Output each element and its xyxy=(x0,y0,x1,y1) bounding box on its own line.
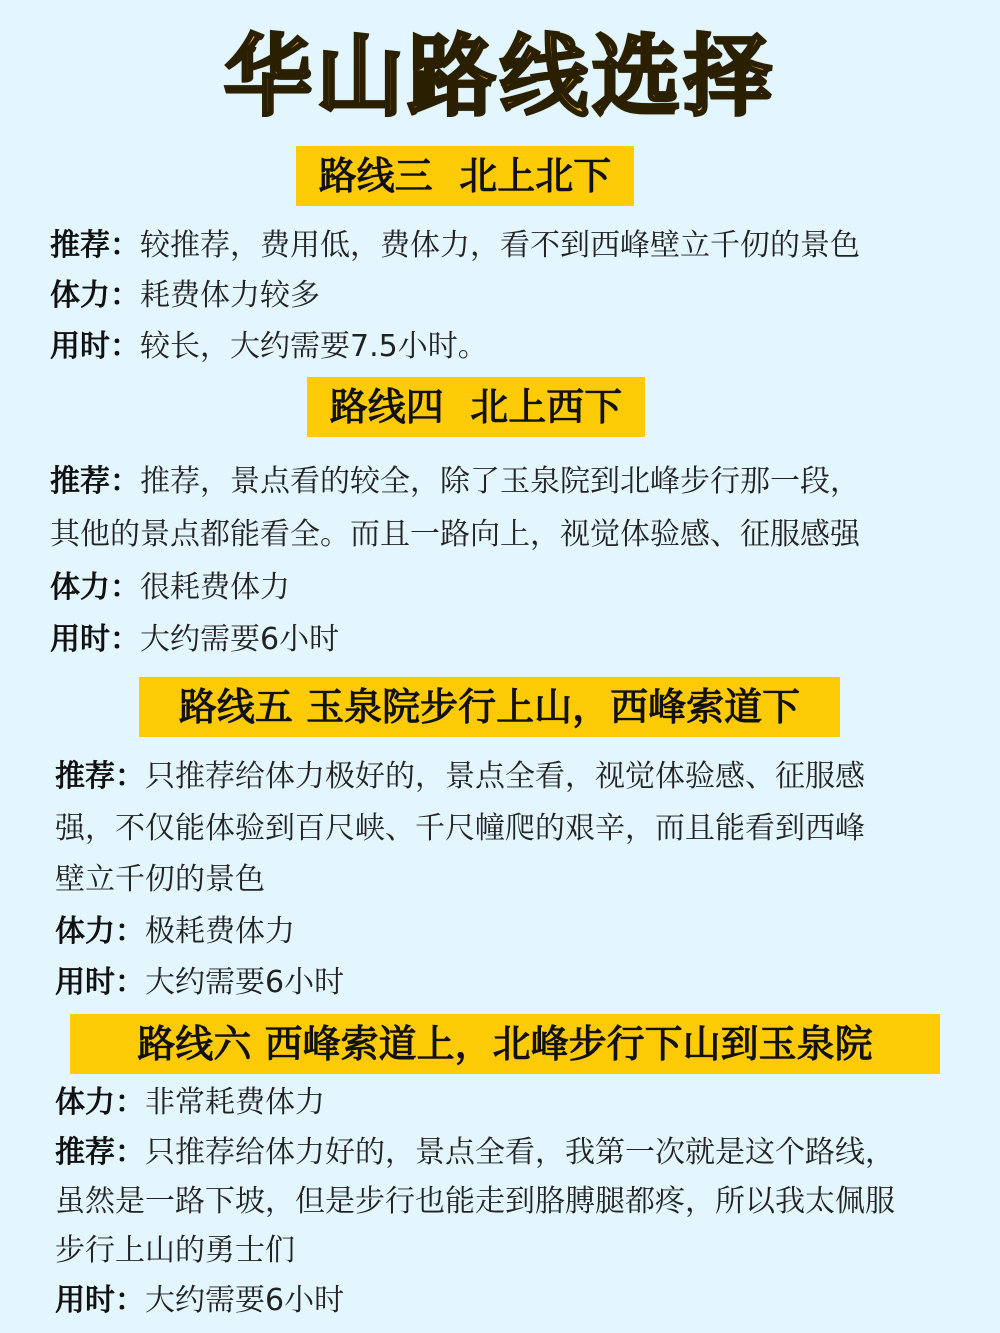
label: 体力： xyxy=(55,914,145,949)
route-4-time: 用时：大约需要6小时 xyxy=(50,614,960,666)
label: 用时： xyxy=(50,622,140,657)
route-6-recommend: 推荐：只推荐给体力好的，景点全看，我第一次就是这个路线， xyxy=(55,1127,965,1179)
page-title: 华山路线选择 xyxy=(0,22,1000,132)
value: 壁立千仞的景色 xyxy=(55,862,265,897)
label: 推荐： xyxy=(50,228,140,263)
route-3-header: 路线三 北上北下 xyxy=(296,146,634,206)
value: 强，不仅能体验到百尺峡、千尺幢爬的艰辛，而且能看到西峰 xyxy=(55,811,865,846)
value: 较长，大约需要7.5小时。 xyxy=(140,329,488,364)
route-5-recommend-cont2: 壁立千仞的景色 xyxy=(55,854,965,906)
value: 极耗费体力 xyxy=(145,914,295,949)
route-5-header: 路线五 玉泉院步行上山，西峰索道下 xyxy=(139,677,840,737)
value: 只推荐给体力极好的，景点全看，视觉体验感、征服感 xyxy=(145,759,865,794)
value: 耗费体力较多 xyxy=(140,278,320,313)
route-6-header: 路线六 西峰索道上，北峰步行下山到玉泉院 xyxy=(70,1014,940,1074)
value: 非常耗费体力 xyxy=(145,1085,325,1120)
label: 体力： xyxy=(55,1085,145,1120)
route-3-recommend: 推荐：较推荐，费用低，费体力，看不到西峰壁立千仞的景色 xyxy=(50,220,960,272)
route-4-stamina: 体力：很耗费体力 xyxy=(50,562,960,614)
value: 较推荐，费用低，费体力，看不到西峰壁立千仞的景色 xyxy=(140,228,860,263)
label: 用时： xyxy=(55,965,145,1000)
route-4-recommend-cont: 其他的景点都能看全。而且一路向上，视觉体验感、征服感强 xyxy=(50,509,960,561)
value: 大约需要6小时 xyxy=(145,1283,344,1318)
label: 推荐： xyxy=(50,464,140,499)
value: 其他的景点都能看全。而且一路向上，视觉体验感、征服感强 xyxy=(50,517,860,552)
value: 大约需要6小时 xyxy=(140,622,339,657)
label: 推荐： xyxy=(55,1135,145,1170)
value: 大约需要6小时 xyxy=(145,965,344,1000)
route-5-stamina: 体力：极耗费体力 xyxy=(55,906,965,958)
route-4-recommend: 推荐：推荐，景点看的较全，除了玉泉院到北峰步行那一段， xyxy=(50,456,960,508)
label: 用时： xyxy=(55,1283,145,1318)
route-3-stamina: 体力：耗费体力较多 xyxy=(50,270,960,322)
route-6-stamina: 体力：非常耗费体力 xyxy=(55,1077,965,1129)
route-6-recommend-cont: 虽然是一路下坡，但是步行也能走到胳膊腿都疼，所以我太佩服 xyxy=(55,1176,965,1228)
label: 推荐： xyxy=(55,759,145,794)
value: 很耗费体力 xyxy=(140,570,290,605)
label: 体力： xyxy=(50,278,140,313)
route-6-time: 用时：大约需要6小时 xyxy=(55,1275,965,1327)
route-3-time: 用时：较长，大约需要7.5小时。 xyxy=(50,321,960,373)
route-5-time: 用时：大约需要6小时 xyxy=(55,957,965,1009)
value: 推荐，景点看的较全，除了玉泉院到北峰步行那一段， xyxy=(140,464,860,499)
route-5-recommend: 推荐：只推荐给体力极好的，景点全看，视觉体验感、征服感 xyxy=(55,751,965,803)
value: 步行上山的勇士们 xyxy=(55,1233,295,1268)
value: 虽然是一路下坡，但是步行也能走到胳膊腿都疼，所以我太佩服 xyxy=(55,1184,895,1219)
route-6-recommend-cont2: 步行上山的勇士们 xyxy=(55,1225,965,1277)
route-5-recommend-cont: 强，不仅能体验到百尺峡、千尺幢爬的艰辛，而且能看到西峰 xyxy=(55,803,965,855)
label: 体力： xyxy=(50,570,140,605)
value: 只推荐给体力好的，景点全看，我第一次就是这个路线， xyxy=(145,1135,895,1170)
route-4-header: 路线四 北上西下 xyxy=(307,377,645,437)
label: 用时： xyxy=(50,329,140,364)
